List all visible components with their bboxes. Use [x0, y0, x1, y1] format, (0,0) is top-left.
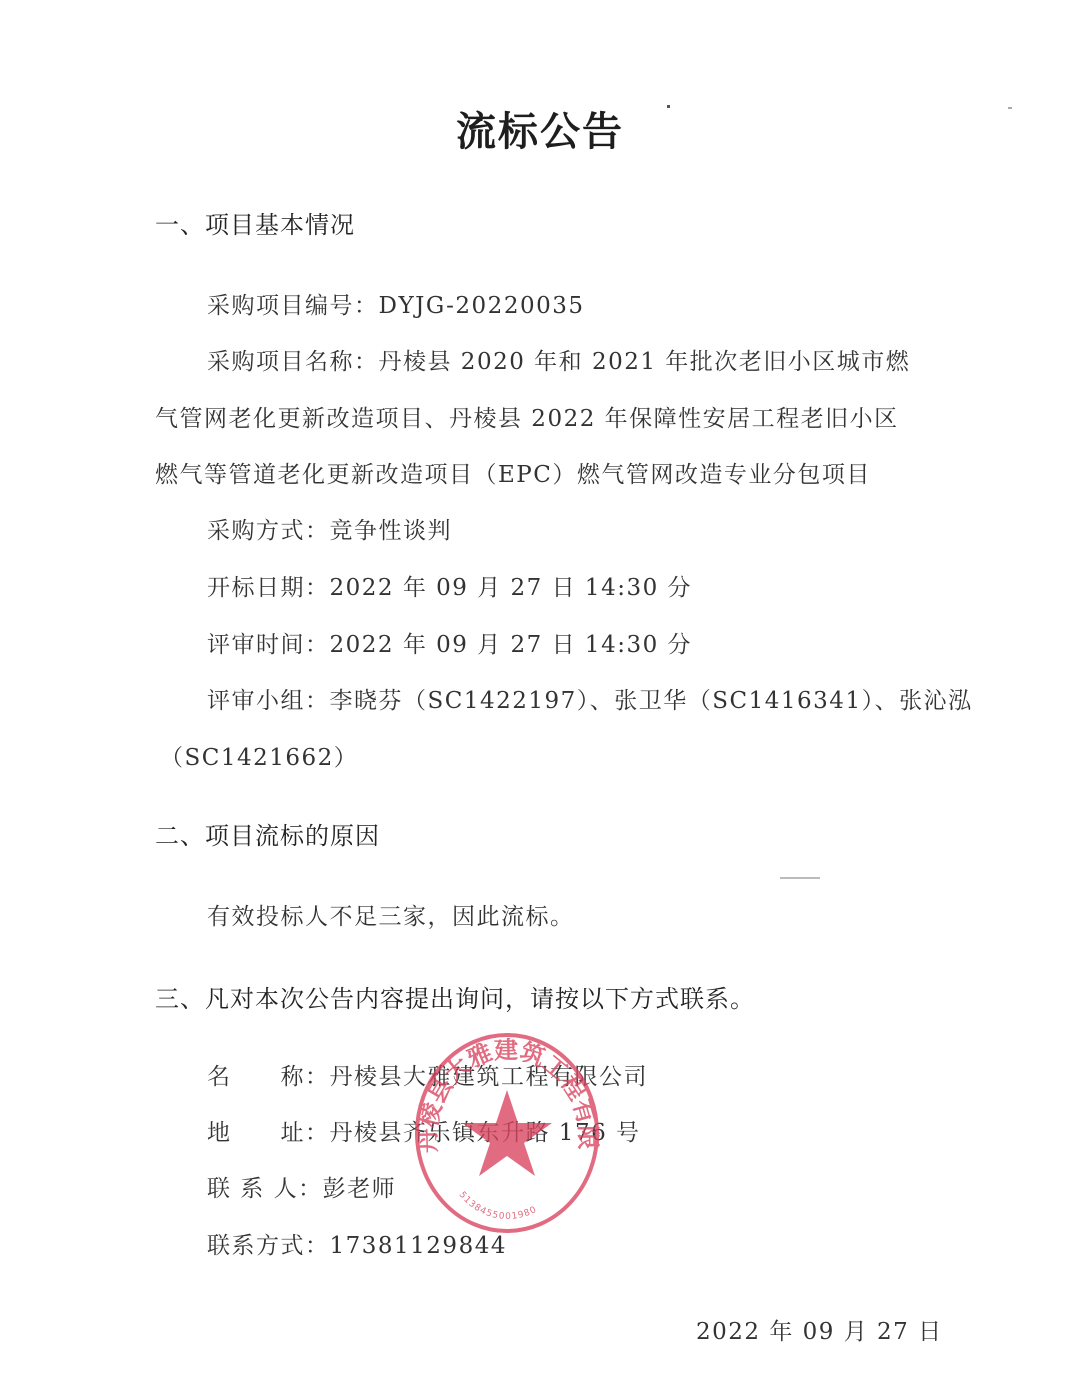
company-seal-stamp: 丹棱县大雅建筑工程有限公司 5138455001980 [410, 1028, 600, 1234]
section-2-heading: 二、项目流标的原因 [155, 816, 380, 851]
review-panel-line-2: （SC1421662） [160, 739, 358, 772]
failure-reason: 有效投标人不足三家，因此流标。 [207, 898, 575, 931]
procurement-method: 采购方式：竞争性谈判 [207, 512, 452, 545]
star-icon [462, 1090, 552, 1176]
section-3-heading: 三、凡对本次公告内容提出询问，请按以下方式联系。 [155, 979, 755, 1014]
opening-date: 开标日期：2022 年 09 月 27 日 14:30 分 [207, 569, 692, 602]
review-panel-line-1: 评审小组：李晓芬（SC1422197）、张卫华（SC1416341）、张沁泓 [207, 682, 973, 715]
page-title: 流标公告 [0, 100, 1080, 157]
contact-person: 联 系 人：彭老师 [207, 1170, 396, 1203]
project-name-line-2: 气管网老化更新改造项目、丹棱县 2022 年保障性安居工程老旧小区 [155, 400, 899, 433]
svg-text:5138455001980: 5138455001980 [457, 1190, 539, 1222]
project-name-line-1: 采购项目名称：丹棱县 2020 年和 2021 年批次老旧小区城市燃 [207, 343, 910, 376]
project-number: 采购项目编号：DYJG-20220035 [207, 287, 584, 320]
section-1-heading: 一、项目基本情况 [155, 205, 355, 240]
scan-speck [667, 105, 670, 108]
project-name-line-3: 燃气等管道老化更新改造项目（EPC）燃气管网改造专业分包项目 [155, 456, 871, 489]
scan-speck [780, 877, 820, 879]
scan-speck [1008, 107, 1012, 109]
announcement-date: 2022 年 09 月 27 日 [696, 1313, 943, 1346]
review-time: 评审时间：2022 年 09 月 27 日 14:30 分 [207, 626, 692, 659]
